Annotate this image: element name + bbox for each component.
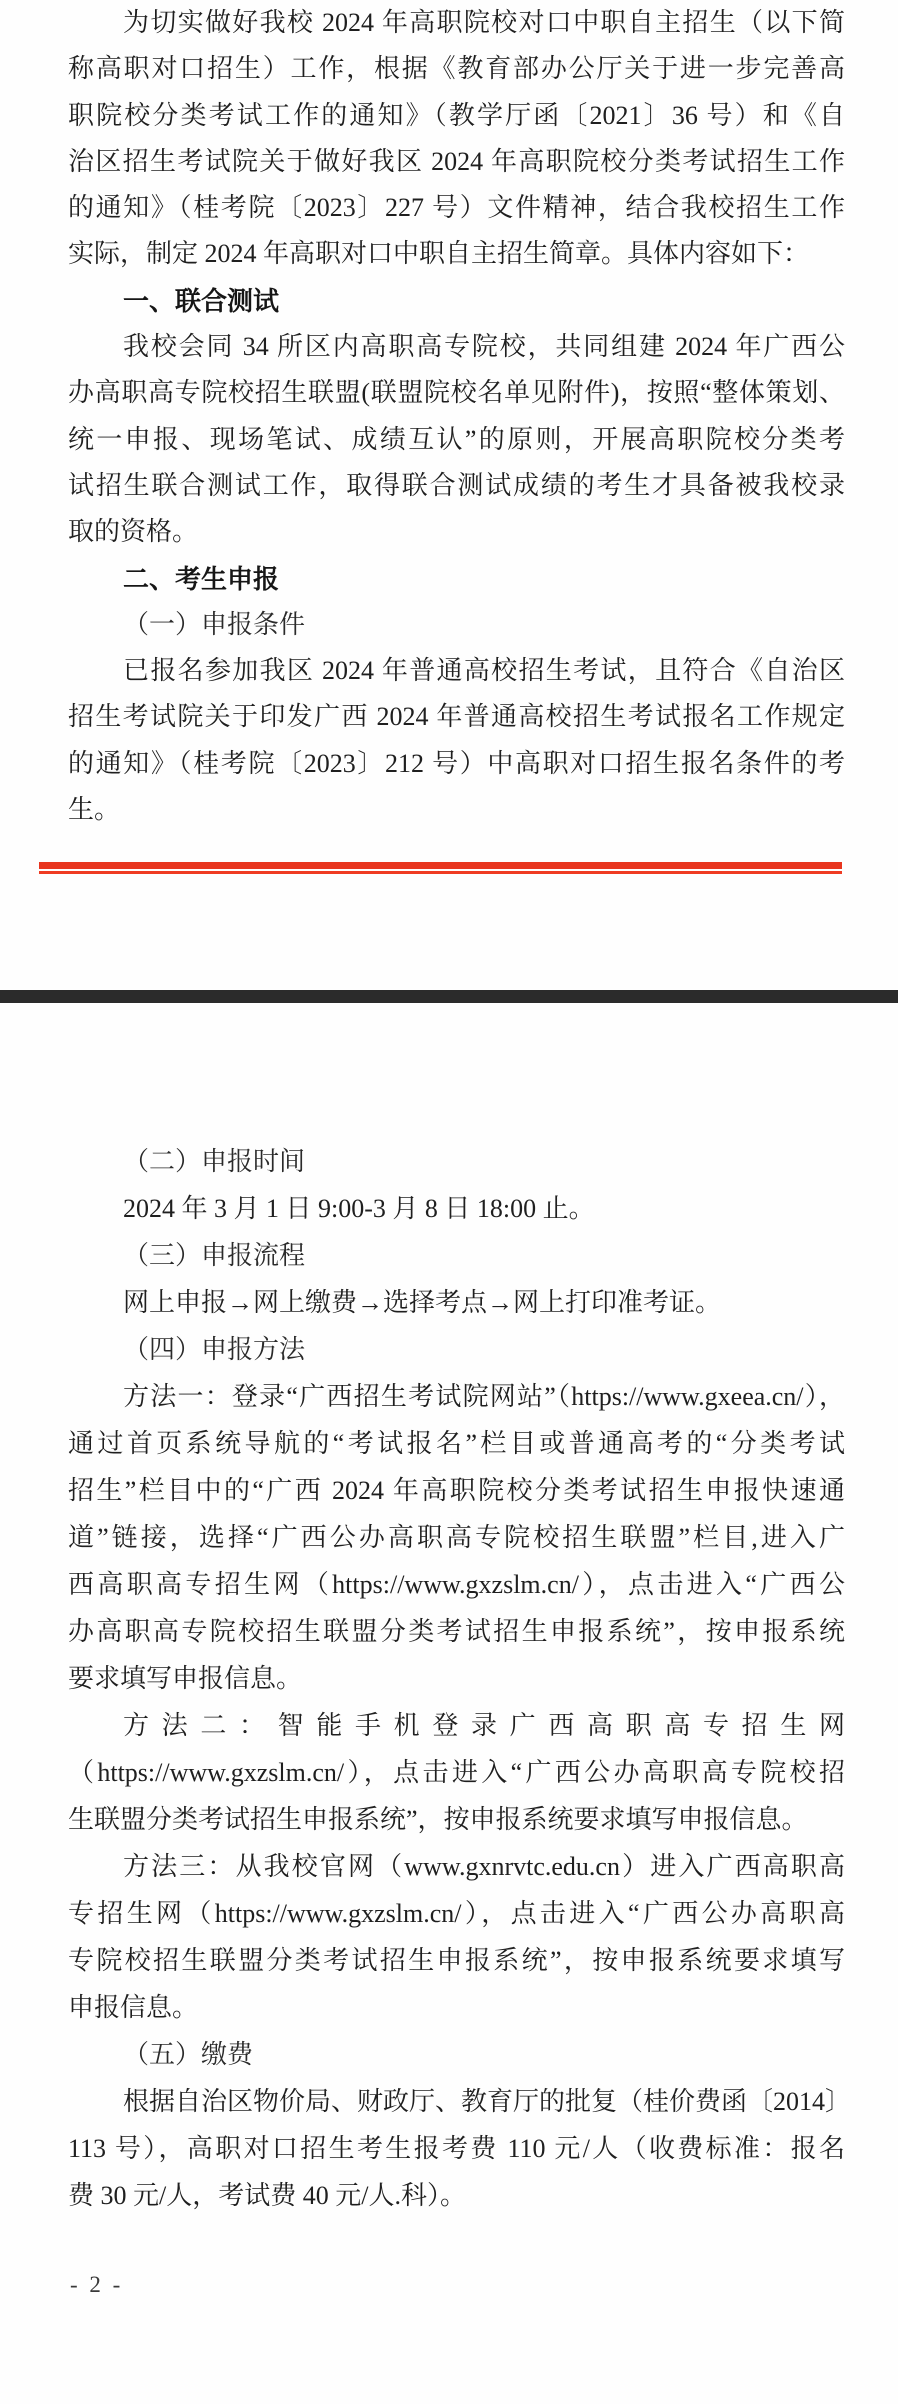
text-line: 113 号），高职对口招生考生报考费 110 元/人（收费标准：报名 (68, 2125, 845, 2172)
text-line: 一、联合测试 (68, 278, 845, 324)
text-line: 职院校分类考试工作的通知》（教学厅函〔2021〕36 号）和《自 (68, 93, 845, 139)
text-line: 专院校招生联盟分类考试招生申报系统”，按申报系统要求填写 (68, 1937, 845, 1984)
text-line: （四）申报方法 (68, 1326, 845, 1373)
page-number: - 2 - (70, 2272, 123, 2298)
text-line: 要求填写申报信息。 (68, 1655, 845, 1702)
text-line: 的通知》（桂考院〔2023〕212 号）中高职对口招生报名条件的考 (68, 741, 845, 787)
text-line: 我校会同 34 所区内高职高专院校，共同组建 2024 年广西公 (68, 324, 845, 370)
text-line: 西高职高专招生网（https://www.gxzslm.cn/），点击进入“广西… (68, 1561, 845, 1608)
text-line: 道”链接，选择“广西公办高职高专院校招生联盟”栏目,进入广 (68, 1514, 845, 1561)
text-line: 招生考试院关于印发广西 2024 年普通高校招生考试报名工作规定 (68, 694, 845, 740)
text-line: 方法三：从我校官网（www.gxnrvtc.edu.cn）进入广西高职高 (68, 1843, 845, 1890)
text-line: 取的资格。 (68, 509, 845, 555)
page2-text-block: （二）申报时间2024 年 3 月 1 日 9:00-3 月 8 日 18:00… (68, 1138, 845, 2219)
text-line: 治区招生考试院关于做好我区 2024 年高职院校分类考试招生工作 (68, 139, 845, 185)
text-line: 已报名参加我区 2024 年普通高校招生考试，且符合《自治区 (68, 648, 845, 694)
text-line: 为切实做好我校 2024 年高职院校对口中职自主招生（以下简 (68, 0, 845, 46)
text-line: 通过首页系统导航的“考试报名”栏目或普通高考的“分类考试 (68, 1420, 845, 1467)
text-line: 二、考生申报 (68, 556, 845, 602)
text-line: 网上申报→网上缴费→选择考点→网上打印准考证。 (68, 1279, 845, 1326)
text-line: 2024 年 3 月 1 日 9:00-3 月 8 日 18:00 止。 (68, 1185, 845, 1232)
text-line: （一）申报条件 (68, 602, 845, 648)
text-line: （五）缴费 (68, 2031, 845, 2078)
text-line: 实际，制定 2024 年高职对口中职自主招生简章。具体内容如下： (68, 231, 845, 277)
text-line: 的通知》（桂考院〔2023〕227 号）文件精神，结合我校招生工作 (68, 185, 845, 231)
text-line: （二）申报时间 (68, 1138, 845, 1185)
text-line: 办高职高专院校招生联盟分类考试招生申报系统”，按申报系统 (68, 1608, 845, 1655)
text-line: 专招生网（https://www.gxzslm.cn/），点击进入“广西公办高职… (68, 1890, 845, 1937)
text-line: 根据自治区物价局、财政厅、教育厅的批复（桂价费函〔2014〕 (68, 2078, 845, 2125)
text-line: 统一申报、现场笔试、成绩互认”的原则，开展高职院校分类考 (68, 417, 845, 463)
text-line: 办高职高专院校招生联盟(联盟院校名单见附件)，按照“整体策划、 (68, 370, 845, 416)
text-line: 方法一：登录“广西招生考试院网站”（https://www.gxeea.cn/）… (68, 1373, 845, 1420)
text-line: （三）申报流程 (68, 1232, 845, 1279)
text-line: 申报信息。 (68, 1984, 845, 2031)
text-line: 生。 (68, 787, 845, 833)
text-line: （https://www.gxzslm.cn/），点击进入“广西公办高职高专院校… (68, 1749, 845, 1796)
text-line: 招生”栏目中的“广西 2024 年高职院校分类考试招生申报快速通 (68, 1467, 845, 1514)
text-line: 方法二：智能手机登录广西高职高专招生网 (68, 1702, 845, 1749)
red-rule-thin-line (39, 871, 842, 874)
text-line: 费 30 元/人，考试费 40 元/人.科）。 (68, 2172, 845, 2219)
document-page: 为切实做好我校 2024 年高职院校对口中职自主招生（以下简称高职对口招生）工作… (0, 0, 898, 2404)
page1-text-block: 为切实做好我校 2024 年高职院校对口中职自主招生（以下简称高职对口招生）工作… (68, 0, 845, 833)
text-line: 试招生联合测试工作，取得联合测试成绩的考生才具备被我校录 (68, 463, 845, 509)
text-line: 生联盟分类考试招生申报系统”，按申报系统要求填写申报信息。 (68, 1796, 845, 1843)
red-divider-rule (39, 862, 842, 874)
red-rule-thick-line (39, 862, 842, 869)
text-line: 称高职对口招生）工作，根据《教育部办公厅关于进一步完善高 (68, 46, 845, 92)
page-separator-bar (0, 990, 898, 1003)
